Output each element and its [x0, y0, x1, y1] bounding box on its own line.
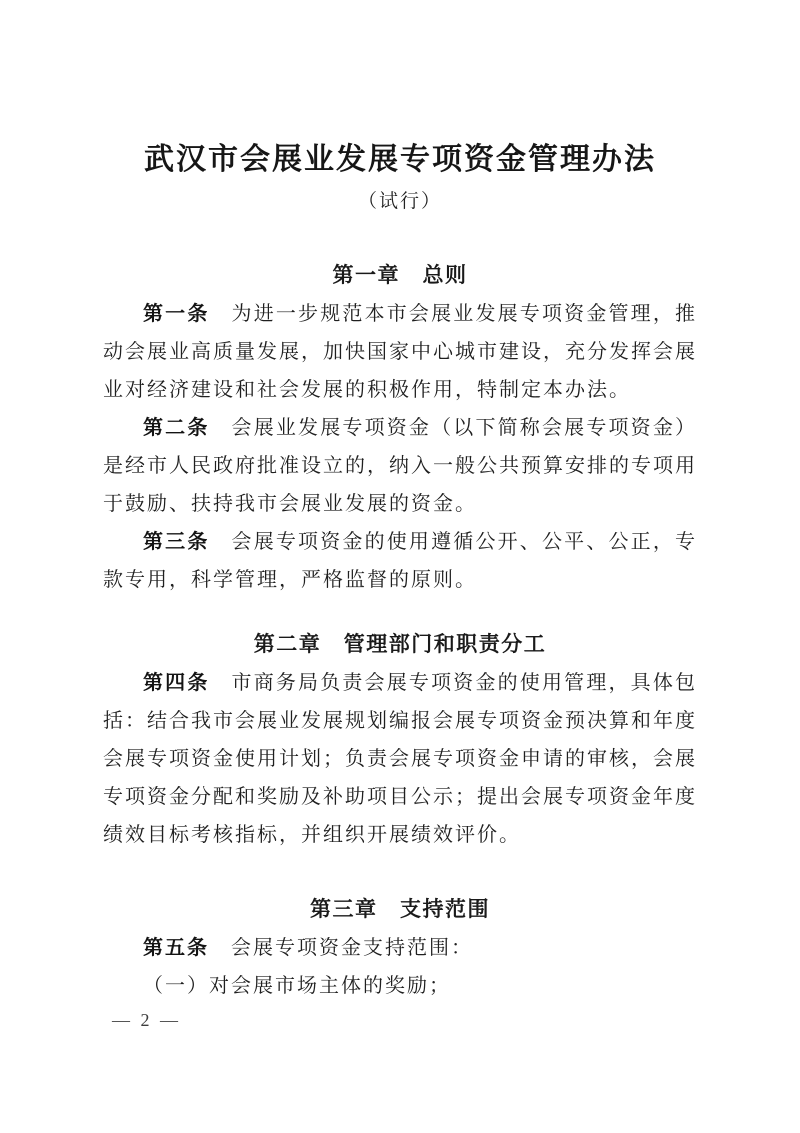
chapter-1-heading: 第一章 总则: [103, 262, 697, 290]
article-5-number: 第五条: [143, 937, 209, 959]
document-subtitle: （试行）: [103, 190, 697, 214]
article-5-paragraph: 第五条会展专项资金支持范围：: [103, 929, 697, 967]
article-1-paragraph: 第一条为进一步规范本市会展业发展专项资金管理，推动会展业高质量发展，加快国家中心…: [103, 295, 697, 409]
article-4-paragraph: 第四条市商务局负责会展专项资金的使用管理，具体包括：结合我市会展业发展规划编报会…: [103, 664, 697, 854]
clause-item-1-text: （一）对会展市场主体的奖励；: [143, 975, 451, 997]
article-4-number: 第四条: [143, 672, 210, 694]
article-3-number: 第三条: [143, 531, 210, 553]
document-page: 武汉市会展业发展专项资金管理办法 （试行） 第一章 总则 第一条为进一步规范本市…: [0, 0, 800, 1133]
article-5-text: 会展专项资金支持范围：: [231, 937, 473, 959]
chapter-3: 第三章 支持范围 第五条会展专项资金支持范围： （一）对会展市场主体的奖励；: [103, 896, 697, 1005]
article-2-paragraph: 第二条会展业发展专项资金（以下简称会展专项资金）是经市人民政府批准设立的，纳入一…: [103, 409, 697, 523]
article-4-text: 市商务局负责会展专项资金的使用管理，具体包括：结合我市会展业发展规划编报会展专项…: [103, 672, 697, 846]
clause-item-1: （一）对会展市场主体的奖励；: [103, 967, 697, 1005]
chapter-1: 第一章 总则 第一条为进一步规范本市会展业发展专项资金管理，推动会展业高质量发展…: [103, 262, 697, 599]
document-title: 武汉市会展业发展专项资金管理办法: [103, 0, 697, 179]
article-2-number: 第二条: [143, 417, 210, 439]
chapter-3-heading: 第三章 支持范围: [103, 896, 697, 924]
document-content: 武汉市会展业发展专项资金管理办法 （试行） 第一章 总则 第一条为进一步规范本市…: [0, 0, 800, 1005]
page-number: — 2 —: [112, 1006, 181, 1034]
article-1-number: 第一条: [143, 303, 210, 325]
chapter-2-heading: 第二章 管理部门和职责分工: [103, 631, 697, 659]
article-3-paragraph: 第三条会展专项资金的使用遵循公开、公平、公正，专款专用，科学管理，严格监督的原则…: [103, 523, 697, 599]
chapter-2: 第二章 管理部门和职责分工 第四条市商务局负责会展专项资金的使用管理，具体包括：…: [103, 631, 697, 854]
